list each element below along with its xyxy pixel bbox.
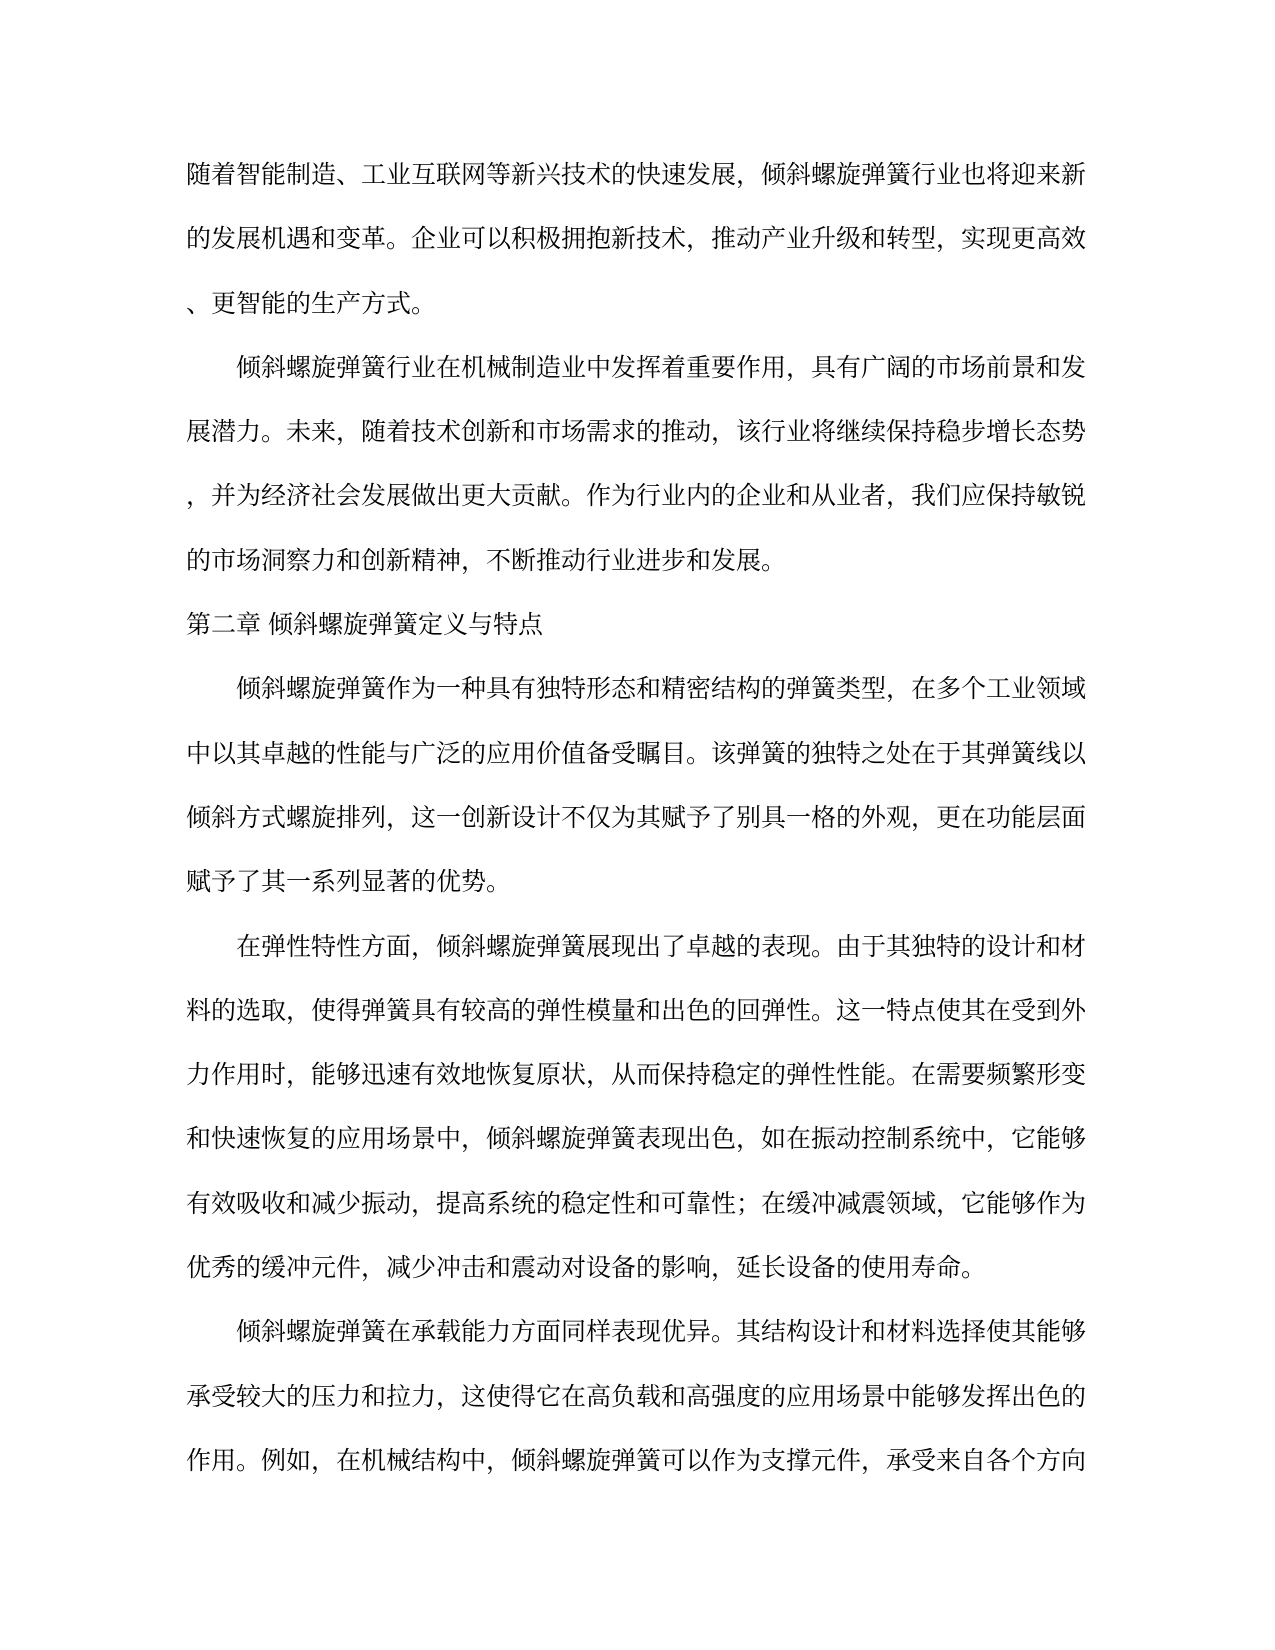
text-line: 赋予了其一系列显著的优势。 — [186, 850, 1086, 914]
text-line: 力作用时，能够迅速有效地恢复原状，从而保持稳定的弹性性能。在需要频繁形变 — [186, 1043, 1086, 1107]
text-line: 随着智能制造、工业互联网等新兴技术的快速发展，倾斜螺旋弹簧行业也将迎来新 — [186, 143, 1086, 207]
text-line: 的市场洞察力和创新精神，不断推动行业进步和发展。 — [186, 529, 1086, 593]
text-line: 展潜力。未来，随着技术创新和市场需求的推动，该行业将继续保持稳步增长态势 — [186, 400, 1086, 464]
text-line: 料的选取，使得弹簧具有较高的弹性模量和出色的回弹性。这一特点使其在受到外 — [186, 979, 1086, 1043]
text-line: 倾斜螺旋弹簧行业在机械制造业中发挥着重要作用，具有广阔的市场前景和发 — [186, 336, 1086, 400]
text-line: 倾斜螺旋弹簧在承载能力方面同样表现优异。其结构设计和材料选择使其能够 — [186, 1300, 1086, 1364]
text-line: 和快速恢复的应用场景中，倾斜螺旋弹簧表现出色，如在振动控制系统中，它能够 — [186, 1107, 1086, 1171]
paragraph: 随着智能制造、工业互联网等新兴技术的快速发展，倾斜螺旋弹簧行业也将迎来新 的发展… — [186, 143, 1086, 336]
paragraph: 倾斜螺旋弹簧行业在机械制造业中发挥着重要作用，具有广阔的市场前景和发 展潜力。未… — [186, 336, 1086, 593]
text-line: 作用。例如，在机械结构中，倾斜螺旋弹簧可以作为支撑元件，承受来自各个方向 — [186, 1429, 1086, 1493]
text-line: 、更智能的生产方式。 — [186, 272, 1086, 336]
text-line: ，并为经济社会发展做出更大贡献。作为行业内的企业和从业者，我们应保持敏锐 — [186, 464, 1086, 528]
text-line: 的发展机遇和变革。企业可以积极拥抱新技术，推动产业升级和转型，实现更高效 — [186, 207, 1086, 271]
text-line: 倾斜螺旋弹簧作为一种具有独特形态和精密结构的弹簧类型，在多个工业领域 — [186, 657, 1086, 721]
paragraph: 倾斜螺旋弹簧作为一种具有独特形态和精密结构的弹簧类型，在多个工业领域 中以其卓越… — [186, 657, 1086, 914]
chapter-heading: 第二章 倾斜螺旋弹簧定义与特点 — [186, 593, 1086, 657]
chapter-heading-text: 第二章 倾斜螺旋弹簧定义与特点 — [186, 593, 1086, 657]
text-line: 有效吸收和减少振动，提高系统的稳定性和可靠性；在缓冲减震领域，它能够作为 — [186, 1172, 1086, 1236]
document-page: 随着智能制造、工业互联网等新兴技术的快速发展，倾斜螺旋弹簧行业也将迎来新 的发展… — [186, 143, 1086, 1493]
paragraph: 倾斜螺旋弹簧在承载能力方面同样表现优异。其结构设计和材料选择使其能够 承受较大的… — [186, 1300, 1086, 1493]
text-line: 在弹性特性方面，倾斜螺旋弹簧展现出了卓越的表现。由于其独特的设计和材 — [186, 915, 1086, 979]
paragraph: 在弹性特性方面，倾斜螺旋弹簧展现出了卓越的表现。由于其独特的设计和材 料的选取，… — [186, 915, 1086, 1301]
text-line: 承受较大的压力和拉力，这使得它在高负载和高强度的应用场景中能够发挥出色的 — [186, 1365, 1086, 1429]
text-line: 倾斜方式螺旋排列，这一创新设计不仅为其赋予了别具一格的外观，更在功能层面 — [186, 786, 1086, 850]
text-line: 中以其卓越的性能与广泛的应用价值备受瞩目。该弹簧的独特之处在于其弹簧线以 — [186, 722, 1086, 786]
text-line: 优秀的缓冲元件，减少冲击和震动对设备的影响，延长设备的使用寿命。 — [186, 1236, 1086, 1300]
